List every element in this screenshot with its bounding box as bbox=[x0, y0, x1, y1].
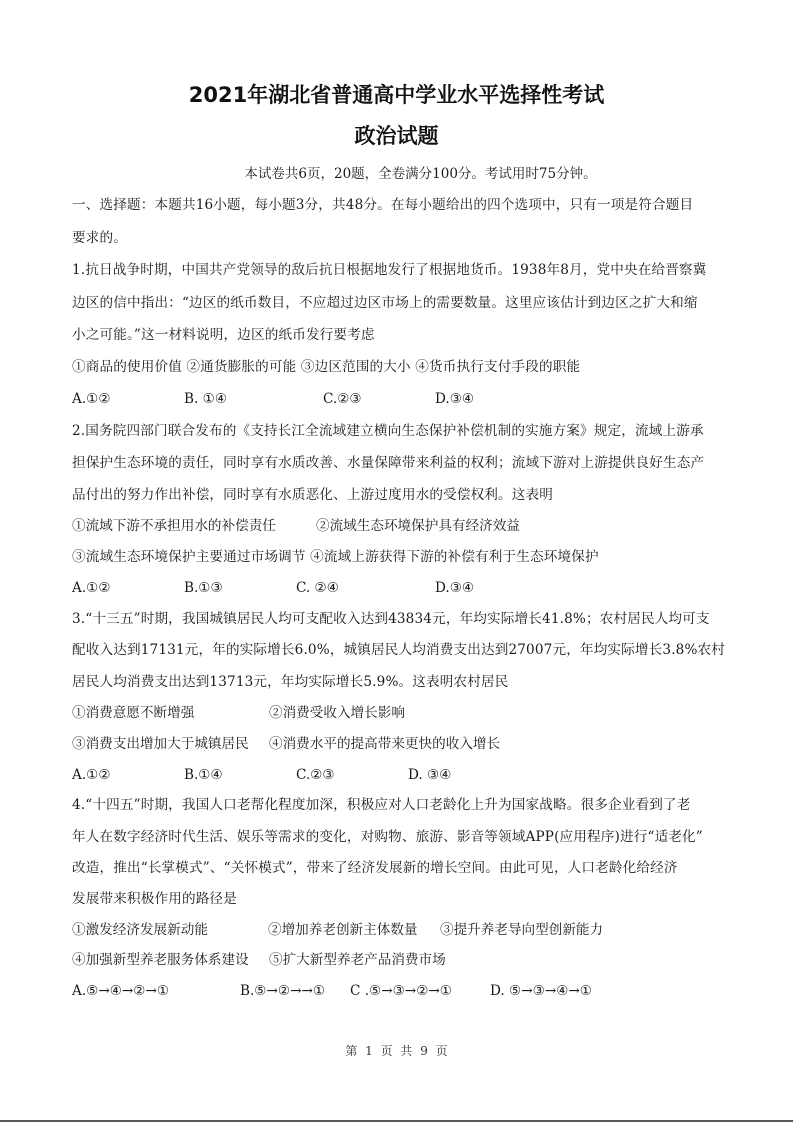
question-2-statement-2: ②流域生态环境保护具有经济效益 bbox=[316, 517, 520, 535]
question-2-line-2: 担保护生态环境的责任，同时享有水质改善、水量保障带来利益的权利；流域下游对上游提… bbox=[72, 454, 724, 472]
exam-intro-text: 本试卷共6页，20题，全卷满分100分。考试用时75分钟。 bbox=[244, 166, 596, 182]
question-2-line-1: 2.国务院四部门联合发布的《支持长江全流域建立横向生态保护补偿机制的实施方案》规… bbox=[72, 422, 724, 440]
question-2-statements-row-2: ③流域生态环境保护主要通过市场调节 ④流域上游获得下游的补偿有利于生态环境保护 bbox=[72, 548, 724, 566]
question-1-options: A.①② B. ①④ C.②③ D.③④ bbox=[72, 390, 724, 408]
question-1-line-3: 小之可能。”这一材料说明，边区的纸币发行要考虑 bbox=[72, 326, 724, 344]
question-3-statement-3: ③消费支出增加大于城镇居民 bbox=[72, 735, 249, 753]
exam-title: 2021年湖北省普通高中学业水平选择性考试 bbox=[0, 79, 793, 109]
question-3-line-1: 3.“十三五”时期，我国城镇居民人均可支配收入达到43834元，年均实际增长41… bbox=[72, 610, 724, 628]
question-3-option-a[interactable]: A.①② bbox=[72, 766, 111, 784]
section-instructions-line-2: 要求的。 bbox=[72, 229, 724, 247]
question-4-line-4: 发展带来积极作用的路径是 bbox=[72, 890, 724, 908]
question-4-option-a[interactable]: A.⑤→④→②→① bbox=[72, 982, 169, 1000]
question-4-statement-3: ③提升养老导向型创新能力 bbox=[440, 921, 603, 939]
exam-page: 2021年湖北省普通高中学业水平选择性考试 政治试题 本试卷共6页，20题，全卷… bbox=[0, 0, 793, 1122]
question-2-option-b[interactable]: B.①③ bbox=[184, 579, 223, 597]
question-2-option-a[interactable]: A.①② bbox=[72, 579, 111, 597]
question-3-line-2: 配收入达到17131元，年的实际增长6.0%，城镇居民人均消费支出达到27007… bbox=[72, 641, 724, 659]
question-4-line-1: 4.“十四五”时期，我国人口老帮化程度加深，积极应对人口老龄化上升为国家战略。很… bbox=[72, 796, 724, 814]
question-2-option-c[interactable]: C. ②④ bbox=[296, 579, 339, 597]
question-4-line-3: 改造，推出“长掌模式”、“关怀模式”，带来了经济发展新的增长空间。由此可见，人口… bbox=[72, 859, 724, 877]
question-2-statement-1: ①流域下游不承担用水的补偿责任 bbox=[72, 517, 276, 535]
question-3-option-d[interactable]: D. ③④ bbox=[408, 766, 451, 784]
section-instructions-line-1: 一、选择题：本题共16小题，每小题3分，共48分。在每小题给出的四个选项中，只有… bbox=[72, 196, 724, 214]
question-2-option-d[interactable]: D.③④ bbox=[435, 579, 474, 597]
question-3-options: A.①② B.①④ C.②③ D. ③④ bbox=[72, 766, 724, 784]
question-4-statements-row-2: ④加强新型养老服务体系建设 ⑤扩大新型养老产品消费市场 bbox=[72, 951, 724, 969]
question-3-statements-row-2: ③消费支出增加大于城镇居民 ④消费水平的提高带来更快的收入增长 bbox=[72, 735, 724, 753]
question-3-statement-4: ④消费水平的提高带来更快的收入增长 bbox=[269, 735, 500, 753]
question-1-option-b[interactable]: B. ①④ bbox=[184, 390, 227, 408]
question-1-option-d[interactable]: D.③④ bbox=[435, 390, 474, 408]
question-4-statement-4: ④加强新型养老服务体系建设 bbox=[72, 951, 249, 969]
question-4-statement-2: ②增加养老创新主体数量 bbox=[268, 921, 418, 939]
question-1-line-2: 边区的信中指出：“边区的纸币数目，不应超过边区市场上的需要数量。这里应该估计到边… bbox=[72, 294, 724, 312]
question-1-option-a[interactable]: A.①② bbox=[72, 390, 111, 408]
question-2-line-3: 品付出的努力作出补偿，同时享有水质恶化、上游过度用水的受偿权利。这表明 bbox=[72, 486, 724, 504]
question-4-statement-1: ①激发经济发展新动能 bbox=[72, 921, 208, 939]
question-2-statements-row-1: ①流域下游不承担用水的补偿责任 ②流域生态环境保护具有经济效益 bbox=[72, 517, 724, 535]
question-1-line-1: 1.抗日战争时期，中国共产党领导的敌后抗日根据地发行了根据地货币。1938年8月… bbox=[72, 261, 724, 279]
question-3-statement-2: ②消费受收入增长影响 bbox=[269, 704, 405, 722]
question-4-statements-row-1: ①激发经济发展新动能 ②增加养老创新主体数量 ③提升养老导向型创新能力 bbox=[72, 921, 724, 939]
question-3-option-b[interactable]: B.①④ bbox=[184, 766, 223, 784]
question-1-option-c[interactable]: C.②③ bbox=[323, 390, 362, 408]
question-4-line-2: 年人在数字经济时代生活、娱乐等需求的变化，对购物、旅游、影音等领域APP(应用程… bbox=[72, 828, 724, 846]
question-1-statements: ①商品的使用价值 ②通货膨胀的可能 ③边区范围的大小 ④货币执行支付手段的职能 bbox=[72, 358, 724, 376]
question-4-option-c[interactable]: C .⑤→③→②→① bbox=[350, 982, 452, 1000]
question-3-option-c[interactable]: C.②③ bbox=[296, 766, 335, 784]
exam-intro: 本试卷共6页，20题，全卷满分100分。考试用时75分钟。 bbox=[0, 162, 793, 182]
question-2-options: A.①② B.①③ C. ②④ D.③④ bbox=[72, 579, 724, 597]
question-4-options: A.⑤→④→②→① B.⑤→②→→① C .⑤→③→②→① D. ⑤→③→④→① bbox=[72, 982, 724, 1000]
question-3-statements-row-1: ①消费意愿不断增强 ②消费受收入增长影响 bbox=[72, 704, 724, 722]
question-3-statement-1: ①消费意愿不断增强 bbox=[72, 704, 194, 722]
page-number: 第 1 页 共 9 页 bbox=[0, 1042, 793, 1059]
question-4-statement-5: ⑤扩大新型养老产品消费市场 bbox=[269, 951, 446, 969]
question-4-option-b[interactable]: B.⑤→②→→① bbox=[240, 982, 325, 1000]
question-4-option-d[interactable]: D. ⑤→③→④→① bbox=[490, 982, 592, 1000]
question-3-line-3: 居民人均消费支出达到13713元，年均实际增长5.9%。这表明农村居民 bbox=[72, 673, 724, 691]
exam-subject-title: 政治试题 bbox=[0, 120, 793, 150]
